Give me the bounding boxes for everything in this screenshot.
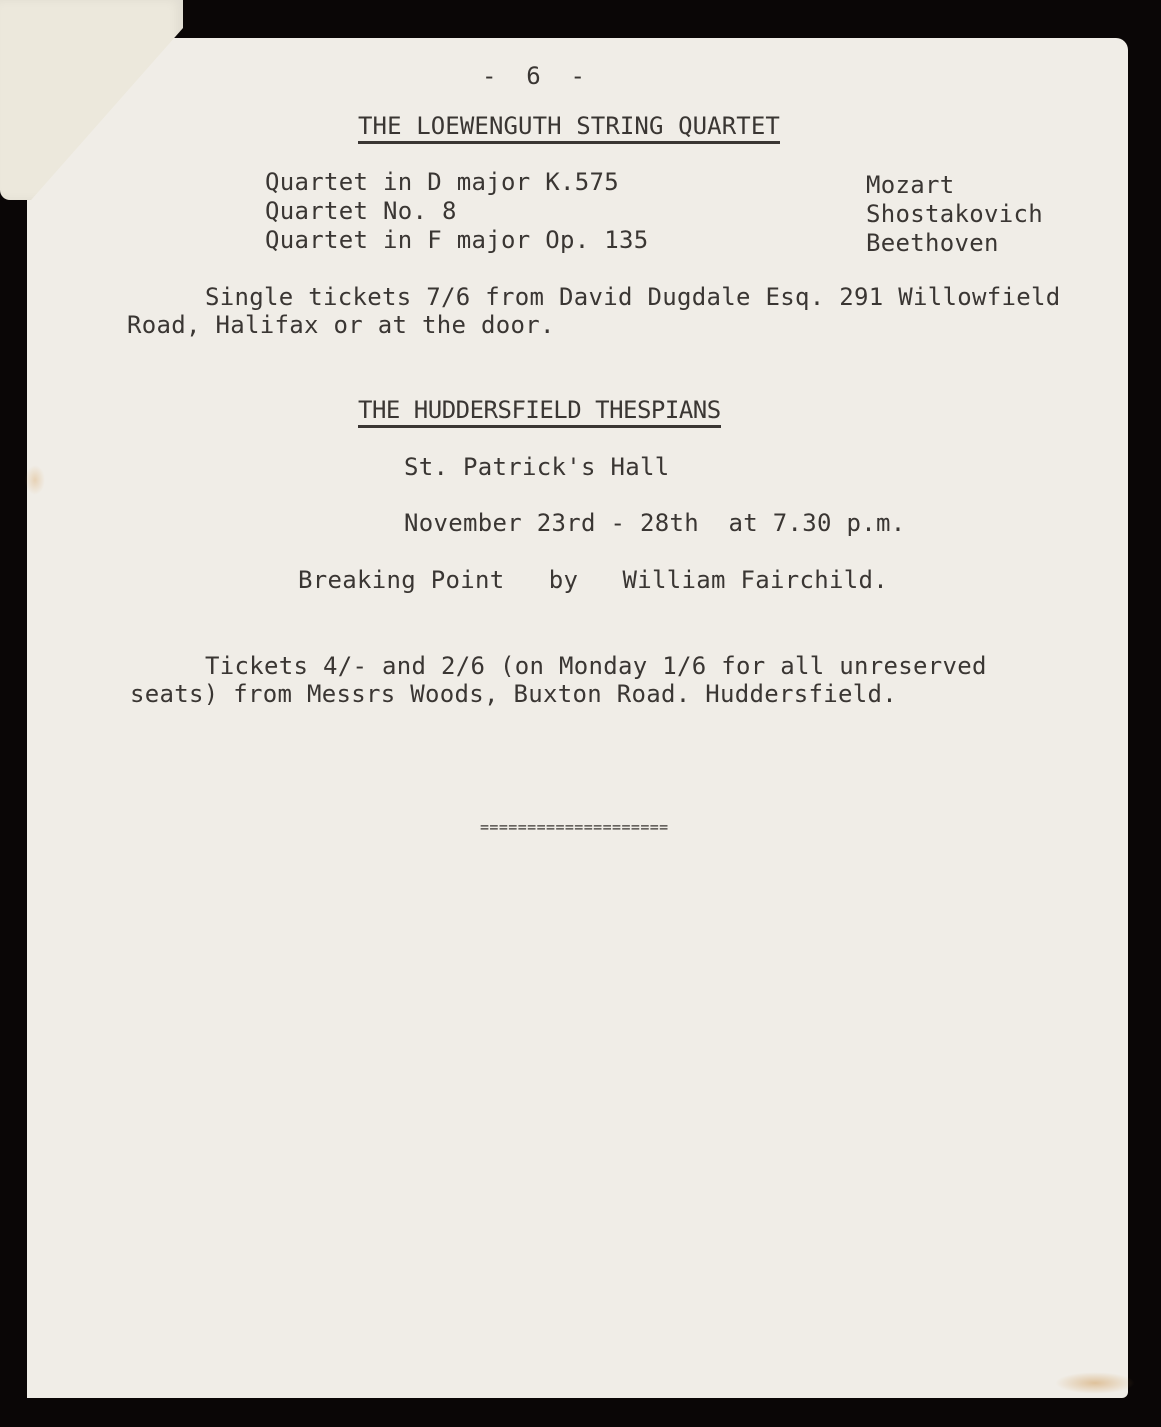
- program-work: Quartet No. 8: [265, 197, 457, 226]
- tickets-info-line: seats) from Messrs Woods, Buxton Road. H…: [130, 680, 897, 709]
- separator-line: ====================: [480, 813, 669, 842]
- paper-stain: [1055, 1372, 1135, 1394]
- program-composer: Beethoven: [866, 229, 999, 258]
- paper-stain: [25, 465, 45, 495]
- tickets-info-line: Tickets 4/- and 2/6 (on Monday 1/6 for a…: [205, 652, 987, 681]
- program-work: Quartet in D major K.575: [265, 168, 619, 197]
- program-work: Quartet in F major Op. 135: [265, 226, 648, 255]
- venue: St. Patrick's Hall: [404, 453, 670, 482]
- page-number: - 6 -: [482, 62, 585, 91]
- performance-dates: November 23rd - 28th at 7.30 p.m.: [404, 509, 905, 538]
- tickets-info-line: Road, Halifax or at the door.: [127, 311, 555, 340]
- program-composer: Shostakovich: [866, 200, 1043, 229]
- program-composer: Mozart: [866, 171, 955, 200]
- play-credit: Breaking Point by William Fairchild.: [298, 566, 888, 595]
- section-title-thespians: THE HUDDERSFIELD THESPIANS: [358, 396, 721, 428]
- section-title-loewenguth: THE LOEWENGUTH STRING QUARTET: [358, 112, 780, 144]
- tickets-info-line: Single tickets 7/6 from David Dugdale Es…: [205, 283, 1060, 312]
